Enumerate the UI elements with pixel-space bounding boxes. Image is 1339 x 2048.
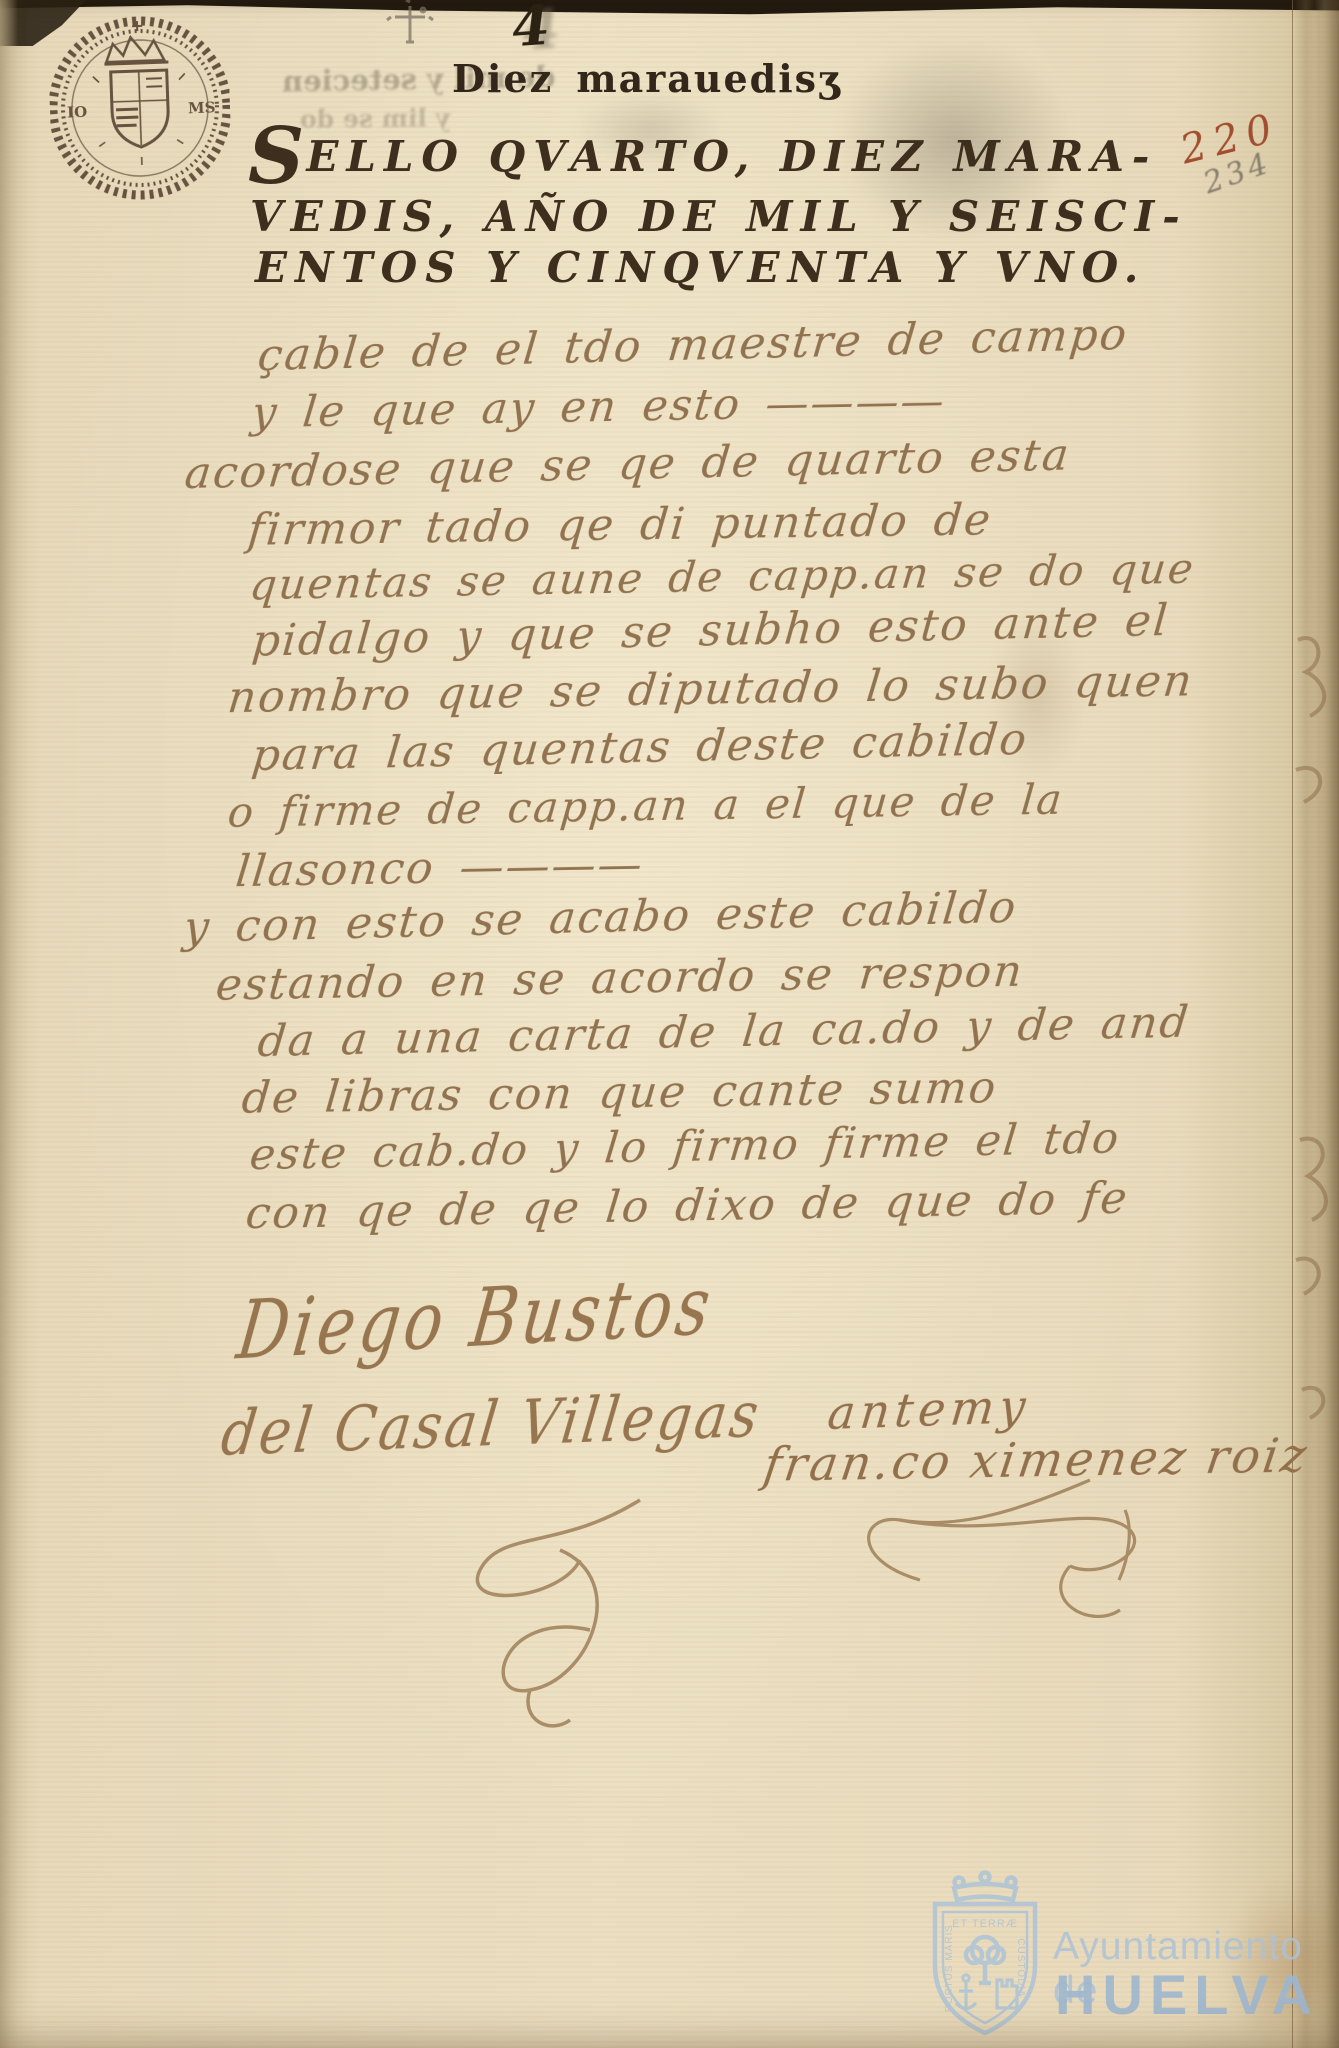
- manuscript-line: o firme de capp.an a el que de la: [226, 775, 1066, 837]
- left-edge-band: [0, 0, 18, 2048]
- huelva-coat-of-arms-icon: ET TERRÆ PORTUS MARIS CUSTODIA: [904, 1870, 1066, 2048]
- manuscript-line: çable de el tdo maestre de campo: [255, 309, 1130, 381]
- watermark-motto-left: PORTUS MARIS: [944, 1924, 955, 2012]
- cross-ornament-icon: [383, 0, 437, 50]
- manuscript-line: de libras con que cante sumo: [240, 1062, 1000, 1124]
- watermark-motto-top: ET TERRÆ: [952, 1918, 1018, 1930]
- signature-rubric-left: [440, 1490, 700, 1740]
- page-edge-ink-marks: [1294, 620, 1339, 1420]
- manuscript-line: estando en se acordo se respon: [214, 946, 1026, 1011]
- ink-mark-numeral: 4: [510, 0, 552, 59]
- ante-mi-note: antemy: [825, 1379, 1033, 1440]
- printed-seal-text-line-3: ENTOS Y CINQVENTA Y VNO.: [255, 243, 1146, 292]
- bleedthrough-text-2: y lim se do: [300, 103, 450, 133]
- printed-seal-line1-rest: ELLO QVARTO, DIEZ MARA-: [306, 132, 1157, 181]
- watermark-motto-right: CUSTODIA: [1015, 1938, 1026, 1998]
- manuscript-line: con qe de qe lo dixo de que do fe: [243, 1173, 1131, 1240]
- manuscript-page-scan: IO MS 4 de mil y setecien y lim se do Di…: [0, 0, 1339, 2048]
- watermark-city-name: HUELVA: [1055, 1962, 1319, 2027]
- seal-initial: S: [248, 111, 306, 202]
- royal-seal-stamp: IO MS: [46, 2, 233, 215]
- seal-letters-left: IO: [67, 103, 88, 122]
- manuscript-line: para las quentas deste cabildo: [249, 714, 1030, 781]
- manuscript-line: acordose que se qe de quarto esta: [182, 429, 1073, 499]
- tax-header-blackletter: Diez marauedisʒ: [452, 56, 842, 101]
- signature-rubric-right: [840, 1470, 1160, 1670]
- signature-left-name: Diego Bustos: [232, 1260, 718, 1378]
- printed-seal-text-line-1: SELLO QVARTO, DIEZ MARA-: [248, 132, 1157, 181]
- seal-letters-right: MS: [188, 98, 216, 117]
- printed-seal-text-line-2: VEDIS, AÑO DE MIL Y SEISCI-: [250, 192, 1188, 241]
- manuscript-line: y le que ay en esto ————: [249, 376, 948, 438]
- manuscript-line: este cab.do y lo firmo firme el tdo: [247, 1113, 1122, 1180]
- signature-left-surname: del Casal Villegas: [218, 1378, 766, 1470]
- manuscript-line: llasonco ————: [233, 839, 646, 897]
- manuscript-line: firmor tado qe di puntado de: [246, 495, 995, 556]
